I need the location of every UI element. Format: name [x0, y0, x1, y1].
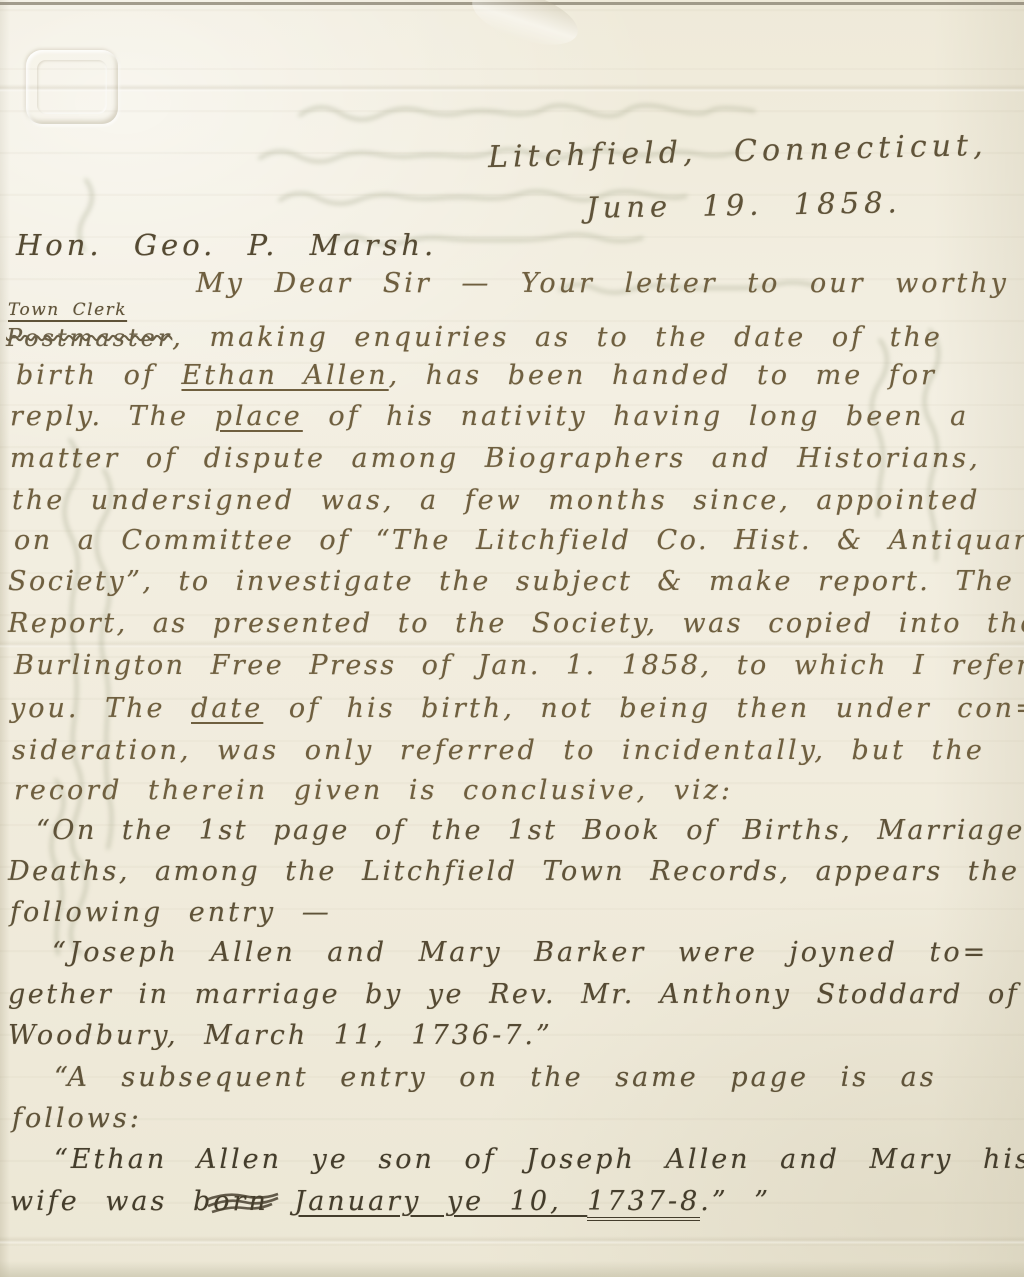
body-line-23: “A subsequent entry on the same page is …: [54, 1062, 937, 1093]
record-line-26-a: wife was born: [10, 1186, 294, 1217]
quote-line-17: “On the 1st page of the 1st Book of Birt…: [36, 815, 1024, 846]
body-line-06-c: , has been handed to me for: [389, 360, 937, 391]
body-line-06: birth of Ethan Allen, has been handed to…: [16, 360, 937, 391]
struck-word: Postmaster: [6, 324, 172, 352]
body-line-14-a: you. The: [10, 693, 191, 724]
paper-crease-2: [0, 640, 1024, 648]
body-line-16: record therein given is conclusive, viz:: [14, 775, 733, 806]
body-line-06-a: birth of: [16, 360, 181, 391]
embossed-seal-icon: [26, 50, 118, 124]
marginal-note-town-clerk: Town Clerk: [8, 300, 127, 320]
embossed-seal-inner: [37, 60, 107, 114]
body-line-24: follows:: [12, 1103, 142, 1134]
body-line-07: reply. The place of his nativity having …: [10, 401, 969, 432]
salutation-line: My Dear Sir — Your letter to our worthy: [196, 268, 1009, 299]
double-underlined-year: 1737-8: [587, 1188, 700, 1221]
body-line-05: Postmaster, making enquiries as to the d…: [6, 322, 943, 353]
paper-crease-diagonal: [466, 0, 585, 56]
letter-page: Litchfield, Connecticut, June 19. 1858. …: [0, 0, 1024, 1277]
body-line-09: the undersigned was, a few months since,…: [12, 485, 980, 516]
paper-crease-1: [0, 84, 1024, 92]
record-line-21: gether in marriage by ye Rev. Mr. Anthon…: [8, 979, 1019, 1010]
underlined-ethan-allen: Ethan Allen: [181, 360, 388, 391]
record-line-22: Woodbury, March 11, 1736-7.”: [8, 1020, 553, 1051]
body-line-08: matter of dispute among Biographers and …: [10, 443, 981, 474]
body-line-10: on a Committee of “The Litchfield Co. Hi…: [14, 525, 1024, 556]
underlined-place: place: [215, 401, 303, 432]
recipient-line: Hon. Geo. P. Marsh.: [16, 228, 437, 262]
body-line-05-text: , making enquiries as to the date of the: [172, 322, 943, 353]
quote-line-18: Deaths, among the Litchfield Town Record…: [8, 856, 1019, 887]
dateline-date: June 19. 1858.: [586, 185, 902, 225]
paper-top-edge: [0, 2, 1024, 5]
body-line-12: Report, as presented to the Society, was…: [8, 608, 1024, 639]
body-line-14: you. The date of his birth, not being th…: [10, 693, 1024, 724]
record-line-26-d: .” ”: [700, 1186, 771, 1217]
body-line-15: sideration, was only referred to inciden…: [12, 735, 985, 766]
body-line-14-c: of his birth, not being then under con=: [263, 693, 1024, 724]
record-line-20: “Joseph Allen and Mary Barker were joyne…: [52, 937, 988, 968]
dateline-place: Litchfield, Connecticut,: [488, 128, 988, 175]
record-line-25: “Ethan Allen ye son of Joseph Allen and …: [54, 1144, 1024, 1175]
body-line-13: Burlington Free Press of Jan. 1. 1858, t…: [14, 650, 1024, 681]
underlined-date: date: [191, 693, 263, 724]
record-line-26: wife was born January ye 10, 1737-8.” ”: [10, 1186, 771, 1221]
quote-line-19: following entry —: [10, 897, 332, 928]
body-line-07-c: of his nativity having long been a: [303, 401, 970, 432]
body-line-11: Society”, to investigate the subject & m…: [8, 566, 1014, 597]
paper-crease-3: [0, 1236, 1024, 1244]
body-line-07-a: reply. The: [10, 401, 215, 432]
underlined-january-date: January ye 10,: [294, 1186, 587, 1217]
